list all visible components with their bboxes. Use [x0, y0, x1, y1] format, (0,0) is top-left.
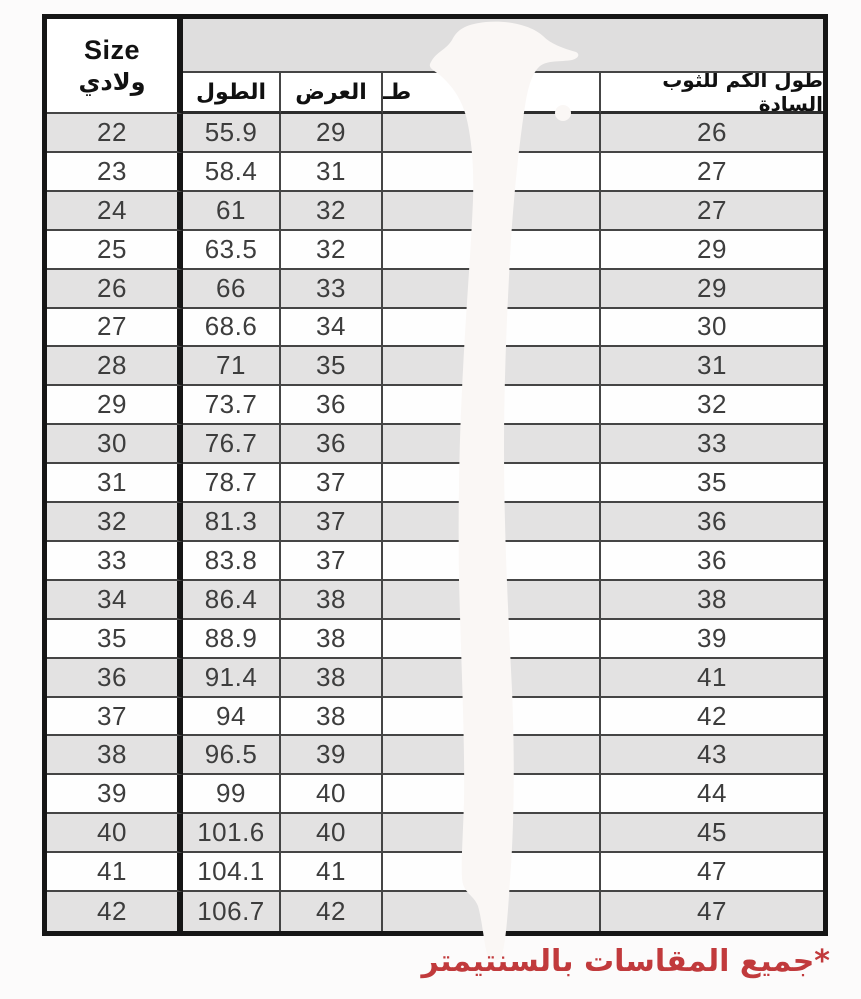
cell-covered-size-31 — [383, 464, 601, 503]
cell-length-size-33: 83.8 — [183, 542, 281, 581]
cell-sleeve-plain-size-39: 44 — [601, 775, 823, 814]
cell-length-size-40: 101.6 — [183, 814, 281, 853]
group-header-band — [183, 19, 823, 73]
cell-width-size-29: 36 — [281, 386, 383, 425]
cell-sleeve-plain-size-32: 36 — [601, 503, 823, 542]
column-header-sleeve-plain: طول الكم للثوب السادة — [601, 73, 823, 114]
cell-covered-size-35 — [383, 620, 601, 659]
cell-size-size-39: 39 — [47, 775, 183, 814]
cell-length-size-28: 71 — [183, 347, 281, 386]
cell-covered-size-40 — [383, 814, 601, 853]
covered-header-fragment: طـ — [383, 80, 411, 105]
cell-size-size-25: 25 — [47, 231, 183, 270]
cell-sleeve-plain-size-27: 30 — [601, 309, 823, 348]
cell-sleeve-plain-size-40: 45 — [601, 814, 823, 853]
cell-sleeve-plain-size-42: 47 — [601, 892, 823, 931]
corner-header-cell: Size ولادي — [47, 19, 183, 114]
cell-sleeve-plain-size-28: 31 — [601, 347, 823, 386]
cell-width-size-24: 32 — [281, 192, 383, 231]
cell-covered-size-32 — [383, 503, 601, 542]
cell-width-size-40: 40 — [281, 814, 383, 853]
cell-sleeve-plain-size-25: 29 — [601, 231, 823, 270]
cell-covered-size-28 — [383, 347, 601, 386]
cell-length-size-30: 76.7 — [183, 425, 281, 464]
cell-length-size-22: 55.9 — [183, 114, 281, 153]
cell-size-size-31: 31 — [47, 464, 183, 503]
cell-width-size-39: 40 — [281, 775, 383, 814]
cell-width-size-25: 32 — [281, 231, 383, 270]
cell-width-size-37: 38 — [281, 698, 383, 737]
cell-width-size-27: 34 — [281, 309, 383, 348]
cell-size-size-38: 38 — [47, 736, 183, 775]
cell-length-size-29: 73.7 — [183, 386, 281, 425]
cell-length-size-31: 78.7 — [183, 464, 281, 503]
cell-width-size-41: 41 — [281, 853, 383, 892]
cell-length-size-38: 96.5 — [183, 736, 281, 775]
size-label-arabic: ولادي — [78, 68, 145, 96]
cell-length-size-32: 81.3 — [183, 503, 281, 542]
cell-size-size-30: 30 — [47, 425, 183, 464]
cell-covered-size-39 — [383, 775, 601, 814]
size-label-english: Size — [84, 35, 140, 66]
cell-size-size-41: 41 — [47, 853, 183, 892]
cell-size-size-33: 33 — [47, 542, 183, 581]
cell-sleeve-plain-size-36: 41 — [601, 659, 823, 698]
cell-covered-size-34 — [383, 581, 601, 620]
cell-covered-size-29 — [383, 386, 601, 425]
cell-length-size-35: 88.9 — [183, 620, 281, 659]
cell-sleeve-plain-size-33: 36 — [601, 542, 823, 581]
cell-sleeve-plain-size-38: 43 — [601, 736, 823, 775]
cell-width-size-36: 38 — [281, 659, 383, 698]
cell-sleeve-plain-size-37: 42 — [601, 698, 823, 737]
cell-size-size-36: 36 — [47, 659, 183, 698]
page: Size ولادي الطول العرض طـ طول الكم للثوب… — [0, 0, 861, 999]
cell-length-size-36: 91.4 — [183, 659, 281, 698]
cell-covered-size-30 — [383, 425, 601, 464]
column-header-covered: طـ — [383, 73, 601, 114]
column-header-width: العرض — [281, 73, 383, 114]
column-header-length: الطول — [183, 73, 281, 114]
cell-size-size-26: 26 — [47, 270, 183, 309]
cell-covered-size-41 — [383, 853, 601, 892]
cell-width-size-32: 37 — [281, 503, 383, 542]
cell-width-size-35: 38 — [281, 620, 383, 659]
cell-sleeve-plain-size-22: 26 — [601, 114, 823, 153]
cell-width-size-26: 33 — [281, 270, 383, 309]
cell-covered-size-33 — [383, 542, 601, 581]
cell-length-size-25: 63.5 — [183, 231, 281, 270]
cell-covered-size-25 — [383, 231, 601, 270]
cell-width-size-28: 35 — [281, 347, 383, 386]
cell-width-size-22: 29 — [281, 114, 383, 153]
cell-covered-size-24 — [383, 192, 601, 231]
cell-size-size-42: 42 — [47, 892, 183, 931]
cell-covered-size-42 — [383, 892, 601, 931]
cell-length-size-34: 86.4 — [183, 581, 281, 620]
cell-length-size-42: 106.7 — [183, 892, 281, 931]
cell-size-size-32: 32 — [47, 503, 183, 542]
cell-width-size-30: 36 — [281, 425, 383, 464]
cell-sleeve-plain-size-23: 27 — [601, 153, 823, 192]
cell-sleeve-plain-size-29: 32 — [601, 386, 823, 425]
cell-covered-size-22 — [383, 114, 601, 153]
cell-width-size-42: 42 — [281, 892, 383, 931]
cell-sleeve-plain-size-35: 39 — [601, 620, 823, 659]
cell-size-size-28: 28 — [47, 347, 183, 386]
cell-sleeve-plain-size-31: 35 — [601, 464, 823, 503]
cell-length-size-39: 99 — [183, 775, 281, 814]
cell-covered-size-23 — [383, 153, 601, 192]
cell-length-size-26: 66 — [183, 270, 281, 309]
cell-size-size-37: 37 — [47, 698, 183, 737]
cell-size-size-24: 24 — [47, 192, 183, 231]
cell-length-size-23: 58.4 — [183, 153, 281, 192]
cell-width-size-23: 31 — [281, 153, 383, 192]
cell-size-size-27: 27 — [47, 309, 183, 348]
cell-length-size-37: 94 — [183, 698, 281, 737]
cell-length-size-27: 68.6 — [183, 309, 281, 348]
cell-size-size-22: 22 — [47, 114, 183, 153]
cell-width-size-33: 37 — [281, 542, 383, 581]
cell-size-size-34: 34 — [47, 581, 183, 620]
size-chart-table: Size ولادي الطول العرض طـ طول الكم للثوب… — [42, 14, 828, 936]
footnote: *جميع المقاسات بالسنتيمتر — [421, 944, 830, 979]
cell-size-size-40: 40 — [47, 814, 183, 853]
cell-covered-size-36 — [383, 659, 601, 698]
cell-sleeve-plain-size-34: 38 — [601, 581, 823, 620]
cell-covered-size-37 — [383, 698, 601, 737]
cell-width-size-38: 39 — [281, 736, 383, 775]
cell-length-size-41: 104.1 — [183, 853, 281, 892]
cell-sleeve-plain-size-24: 27 — [601, 192, 823, 231]
cell-sleeve-plain-size-30: 33 — [601, 425, 823, 464]
cell-length-size-24: 61 — [183, 192, 281, 231]
cell-covered-size-38 — [383, 736, 601, 775]
cell-sleeve-plain-size-41: 47 — [601, 853, 823, 892]
cell-size-size-35: 35 — [47, 620, 183, 659]
cell-covered-size-26 — [383, 270, 601, 309]
cell-covered-size-27 — [383, 309, 601, 348]
cell-sleeve-plain-size-26: 29 — [601, 270, 823, 309]
cell-width-size-34: 38 — [281, 581, 383, 620]
cell-width-size-31: 37 — [281, 464, 383, 503]
cell-size-size-23: 23 — [47, 153, 183, 192]
cell-size-size-29: 29 — [47, 386, 183, 425]
